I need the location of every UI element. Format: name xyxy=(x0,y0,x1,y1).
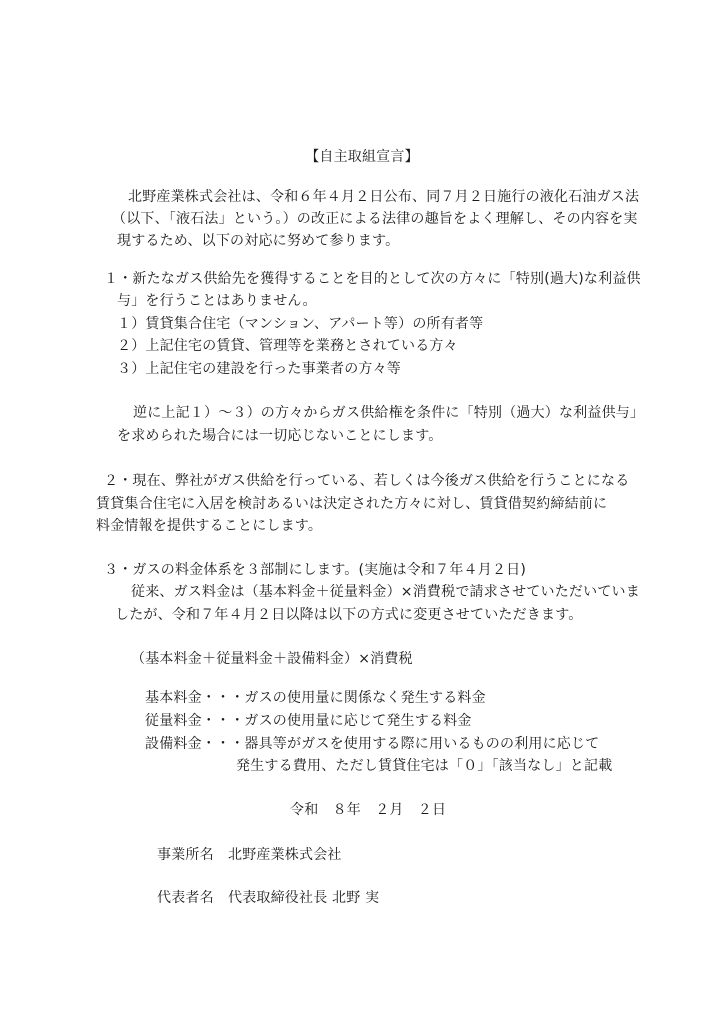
document-title: 【自主取組宣言】 xyxy=(0,149,724,165)
section1-note-1: 逆に上記１）～３）の方々からガス供給権を条件に「特別（過大）な利益供与」 xyxy=(133,405,644,421)
representative-line: 代表者名 代表取締役社長 北野 実 xyxy=(157,890,379,906)
intro-line-2: （以下、「液石法」という。）の改正による法律の趣旨をよく理解し、その内容を実 xyxy=(112,211,638,227)
company-name-line: 事業所名 北野産業株式会社 xyxy=(157,847,342,863)
section3-line-1: ３・ガスの料金体系を３部制にします。(実施は令和７年４月２日) xyxy=(104,562,526,578)
intro-line-1: 北野産業株式会社は、令和６年４月２日公布、同７月２日施行の液化石油ガス法 xyxy=(128,189,639,205)
fee-definition-equipment: 設備料金・・・器具等がガスを使用する際に用いるものの利用に応じて xyxy=(145,736,599,752)
fee-definition-basic: 基本料金・・・ガスの使用量に関係なく発生する料金 xyxy=(145,690,486,706)
section1-line-2: 与」を行うことはありません。 xyxy=(117,293,317,309)
section3-line-3: したが、令和７年４月２日以降は以下の方式に変更させていただきます。 xyxy=(115,607,582,623)
section2-line-2: 賃貸集合住宅に入居を検討あるいは決定された方々に対し、賃貸借契約締結前に xyxy=(96,496,607,512)
section1-line-1: １・新たなガス供給先を獲得することを目的として次の方々に「特別(過大)な利益供 xyxy=(104,271,641,287)
intro-line-3: 現するため、以下の対応に努めて参ります。 xyxy=(117,233,399,249)
section3-line-2: 従来、ガス料金は（基本料金＋従量料金）×消費税で請求させていただいていま xyxy=(131,584,640,600)
section1-item-2: ２）上記住宅の賃貸、管理等を業務とされている方々 xyxy=(117,338,458,354)
section2-line-3: 料金情報を提供することにします。 xyxy=(96,518,322,534)
section1-item-3: ３）上記住宅の建設を行った事業者の方々等 xyxy=(117,361,401,377)
section1-note-2: を求められた場合には一切応じないことにします。 xyxy=(117,428,442,444)
declaration-date: 令和 ８年 ２月 ２日 xyxy=(290,802,446,818)
fee-formula: （基本料金＋従量料金＋設備料金）×消費税 xyxy=(131,651,413,667)
section2-line-1: ２・現在、弊社がガス供給を行っている、若しくは今後ガス供給を行うことになる xyxy=(104,473,629,489)
fee-definition-usage: 従量料金・・・ガスの使用量に応じて発生する料金 xyxy=(145,713,472,729)
fee-definition-equipment-cont: 発生する費用、ただし賃貸住宅は「０」「該当なし」と記載 xyxy=(236,758,612,774)
section1-item-1: １）賃貸集合住宅（マンション、アパート等）の所有者等 xyxy=(117,316,483,332)
